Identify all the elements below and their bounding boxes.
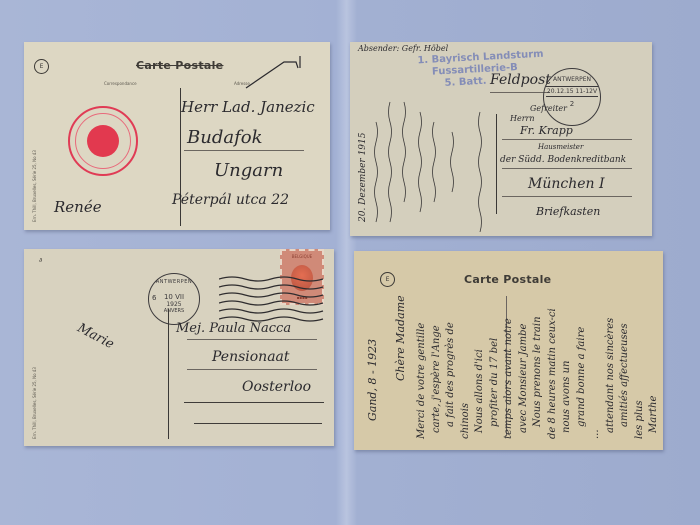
signature: Marie: [75, 321, 117, 353]
message-line: Nous prenons le train: [532, 316, 543, 427]
salutation: Chère Madame: [394, 295, 407, 381]
publisher-logo-icon: E: [380, 272, 395, 287]
postcard-top-right: Absender: Gefr. Höbel 1. Bayrisch Landst…: [350, 42, 652, 236]
address-line-3: Ungarn: [214, 160, 283, 181]
message-line: amitiés affectueuses: [619, 323, 630, 427]
address-line-2: Herrn: [510, 114, 535, 123]
postmark-year: 1925: [149, 301, 199, 308]
message-line: les plus: [634, 400, 645, 439]
address-rule-3: [184, 402, 324, 403]
side-print: Ern. Thill, Bruxelles, Série 25, No 43: [32, 367, 37, 439]
red-seal-stamp: [68, 106, 138, 176]
postcard-bottom-right: E Carte Postale Gand, 8 - 1923 Chère Mad…: [354, 251, 663, 450]
signature: Renée: [54, 198, 102, 216]
message-line: attendant nos sincères: [605, 318, 616, 433]
address-line-5: der Südd. Bodenkreditbank: [500, 155, 626, 165]
address-line-7: Briefkasten: [536, 205, 600, 218]
message-line: profiter du 17 bel: [489, 338, 500, 427]
antwerpen-postmark: ANTWERPEN 20.12.15 11-12V 2: [543, 68, 601, 126]
address-line-4: Hausmeister: [538, 143, 583, 151]
address-divider: [168, 309, 169, 439]
postcard-bottom-left: ∂ BELGIQUE ▪▪▪▪ ANTWERPEN 10 VII 1925 AN…: [24, 249, 334, 446]
machine-cancel-lines: [219, 275, 324, 323]
pen-stroke-icon: [244, 54, 324, 90]
address-line-3: Fr. Krapp: [520, 124, 573, 137]
printed-title: Carte Postale: [136, 59, 223, 72]
address-line-2: Budafok: [187, 127, 262, 148]
postmark-city: ANTWERPEN: [149, 279, 199, 285]
postmark-time: 11-12V: [576, 88, 598, 95]
address-rule-3: [502, 196, 632, 197]
date-line: Gand, 8 - 1923: [366, 339, 379, 421]
sender-header: Absender: Gefr. Höbel: [358, 44, 448, 53]
side-print: Ern. Thill, Bruxelles, Série 25, No 43: [32, 150, 37, 222]
message-line: grand bonne a faire: [576, 327, 587, 427]
message-line: Merci de votre gentille: [416, 323, 427, 439]
message-line: avec Monsieur Jambe: [518, 324, 529, 433]
address-line-1: Mej. Paula Nacca: [176, 321, 291, 336]
feldpost-label: Feldpost: [490, 72, 551, 88]
postmark-number: 6: [152, 294, 156, 302]
message-line: de 8 heures matin ceux-ci: [547, 308, 558, 439]
message-line: Nous allons d'ici: [474, 349, 485, 433]
postcard-top-left: E Carte Postale Correspondance Adresse k…: [24, 42, 330, 230]
message-line: a fait des progrès de: [445, 322, 456, 427]
address-rule-2: [502, 168, 632, 169]
message-date: 20. Dezember 1915: [358, 133, 368, 222]
message-line: Marthe: [648, 396, 659, 433]
postmark-sub: ANVERS: [149, 308, 199, 314]
postmark-city: ANTWERPEN: [544, 76, 600, 83]
message-line: nous avons un: [561, 361, 572, 433]
address-divider: [496, 114, 497, 214]
address-line-1: Herr Lad. Janezic: [181, 98, 315, 116]
message-line: ...: [590, 429, 601, 439]
address-line-2: Pensionaat: [212, 349, 290, 365]
publisher-logo-icon: E: [34, 59, 49, 74]
feldpost-rule: [490, 92, 550, 93]
address-line-6: München I: [528, 176, 605, 192]
message-line: carte, j'espère l'Ange: [431, 325, 442, 433]
address-rule-1: [187, 339, 317, 340]
address-line-4: Péterpál utca 22: [172, 192, 289, 208]
printed-title: Carte Postale: [464, 273, 551, 286]
antwerpen-postmark: ANTWERPEN 10 VII 1925 ANVERS 6: [148, 273, 200, 325]
postmark-date-band: 20.12.15 11-12V: [546, 86, 598, 97]
address-rule-4: [194, 423, 322, 424]
publisher-logo-icon: ∂: [34, 254, 47, 267]
address-rule-1: [502, 139, 632, 140]
postmark-date: 20.12.15: [547, 88, 574, 95]
address-rule-2: [187, 369, 317, 370]
postmark-date: 10 VII: [149, 293, 199, 301]
vertical-handwriting: [370, 82, 490, 232]
address-line-1: Gefreiter: [530, 104, 567, 113]
label-correspondence: Correspondance: [104, 81, 137, 86]
address-line-3: Oosterloo: [242, 379, 311, 395]
address-rule: [184, 150, 304, 151]
message-line: temps alors avant notre: [503, 318, 514, 439]
message-line: chinois: [460, 403, 471, 439]
